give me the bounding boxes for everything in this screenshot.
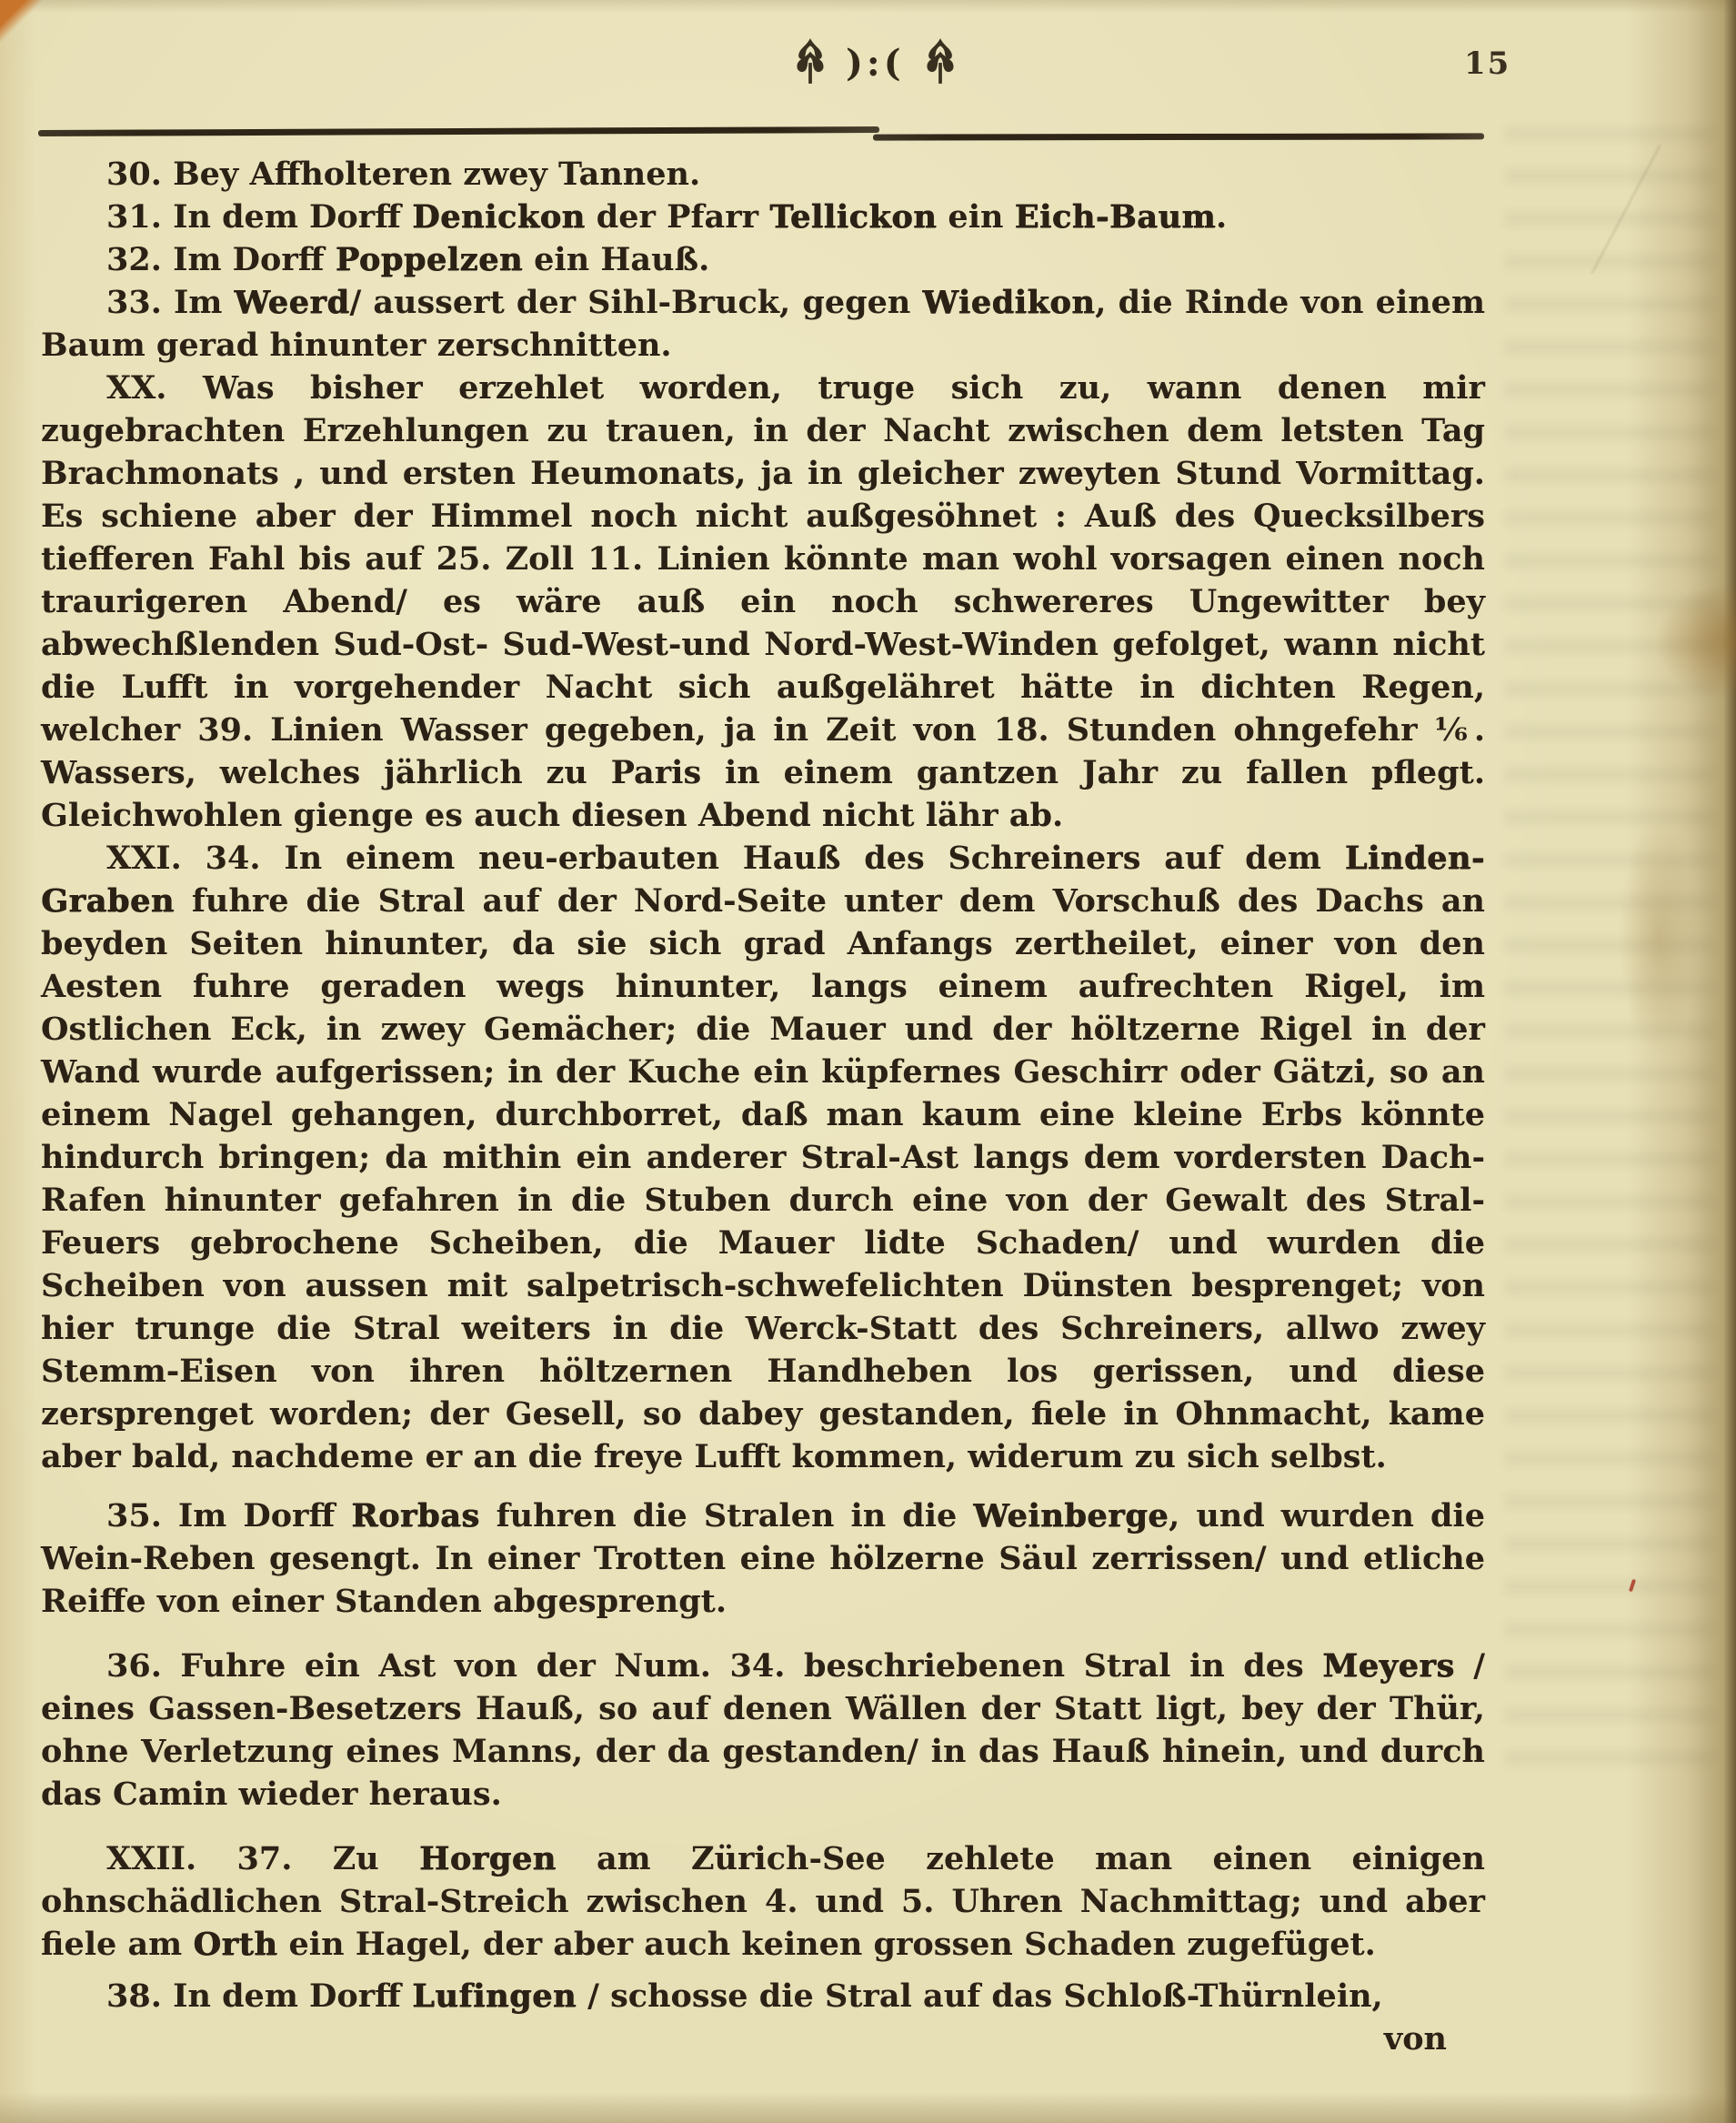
place-name: Horgen (419, 1840, 557, 1877)
paragraph-section-xxii-item-37: XXII. 37. Zu Horgen am Zürich-See zehlet… (41, 1837, 1485, 1966)
paragraph-text: 31. In dem Dorff (106, 198, 412, 236)
header-rule-left (38, 126, 879, 136)
person-name: Meyers (1322, 1647, 1454, 1685)
paragraph-text: 33. Im (106, 284, 235, 321)
fleuron-icon-left (789, 36, 831, 89)
paragraph-text: ein (937, 198, 1014, 236)
paragraph-text: 30. Bey Affholteren zwey Tannen. (106, 156, 700, 193)
paragraph-text: ein Hauß. (523, 241, 709, 278)
paragraph-text: 32. Im Dorff (106, 241, 336, 278)
paragraph-item-30: 30. Bey Affholteren zwey Tannen. (41, 153, 1485, 196)
catchword-line: von (41, 2017, 1485, 2060)
paragraph-text: . (1216, 198, 1227, 236)
paragraph-item-33: 33. Im Weerd/ aussert der Sihl-Bruck, ge… (41, 281, 1485, 367)
place-name: Denickon (412, 198, 586, 236)
emphasized-word: Eich-Baum (1015, 198, 1216, 236)
paragraph-text: ein Hagel, der aber auch keinen grossen … (277, 1926, 1375, 1963)
place-name: Tellickon (769, 198, 937, 236)
paragraph-item-36: 36. Fuhre ein Ast von der Num. 34. besch… (41, 1645, 1485, 1816)
stain-right-edge (1654, 582, 1736, 700)
paragraph-text: 38. In dem Dorff (106, 1977, 412, 2015)
paragraph-text: fuhren die Stralen in die (480, 1497, 974, 1534)
place-name: Rorbas (351, 1497, 479, 1534)
paragraph-text: XXII. 37. Zu (106, 1840, 419, 1877)
paragraph-text: XX. Was bisher erzehlet worden, truge si… (41, 369, 1485, 834)
fleuron-icon-right (919, 36, 961, 89)
paragraph-text: der Pfarr (586, 198, 770, 236)
catchword: von (1384, 2020, 1447, 2058)
paragraph-section-xx: XX. Was bisher erzehlet worden, truge si… (41, 367, 1485, 837)
paragraph-item-31: 31. In dem Dorff Denickon der Pfarr Tell… (41, 196, 1485, 238)
paragraph-text: 35. Im Dorff (106, 1497, 351, 1534)
body-text: 30. Bey Affholteren zwey Tannen. 31. In … (41, 153, 1485, 2060)
place-name: Poppelzen (336, 241, 523, 278)
header-ornament-group: ):( (789, 36, 961, 89)
header-rule-right (873, 133, 1484, 140)
place-name: Wiedikon (922, 284, 1095, 321)
page-header: ):( 15 (0, 36, 1736, 100)
paragraph-section-xxi-item-34: XXI. 34. In einem neu-erbauten Hauß des … (41, 837, 1485, 1478)
stain-right-margin (1618, 819, 1700, 1055)
paragraph-text: / aussert der Sihl-Bruck, gegen (349, 284, 922, 321)
paragraph-item-38: 38. In dem Dorff Lufingen / schosse die … (41, 1975, 1485, 2017)
paragraph-text: / schosse die Stral auf das Schloß-Thürn… (577, 1977, 1383, 2015)
place-name: Lufingen (412, 1977, 577, 2015)
header-section-mark: ):( (846, 42, 905, 85)
place-name: Weinberge (973, 1497, 1169, 1534)
place-name: Weerd (235, 284, 350, 321)
paragraph-item-35: 35. Im Dorff Rorbas fuhren die Stralen i… (41, 1494, 1485, 1623)
paragraph-text: fuhre die Stral auf der Nord-Seite unter… (41, 882, 1485, 1475)
paragraph-text: XXI. 34. In einem neu-erbauten Hauß des … (106, 840, 1345, 877)
book-page: ):( 15 30. Bey Affholteren zwey Tannen. … (0, 0, 1736, 2123)
paragraph-text: 36. Fuhre ein Ast von der Num. 34. besch… (106, 1647, 1322, 1685)
page-number: 15 (1464, 45, 1510, 82)
paragraph-item-32: 32. Im Dorff Poppelzen ein Hauß. (41, 238, 1485, 281)
place-name: Orth (193, 1926, 277, 1963)
